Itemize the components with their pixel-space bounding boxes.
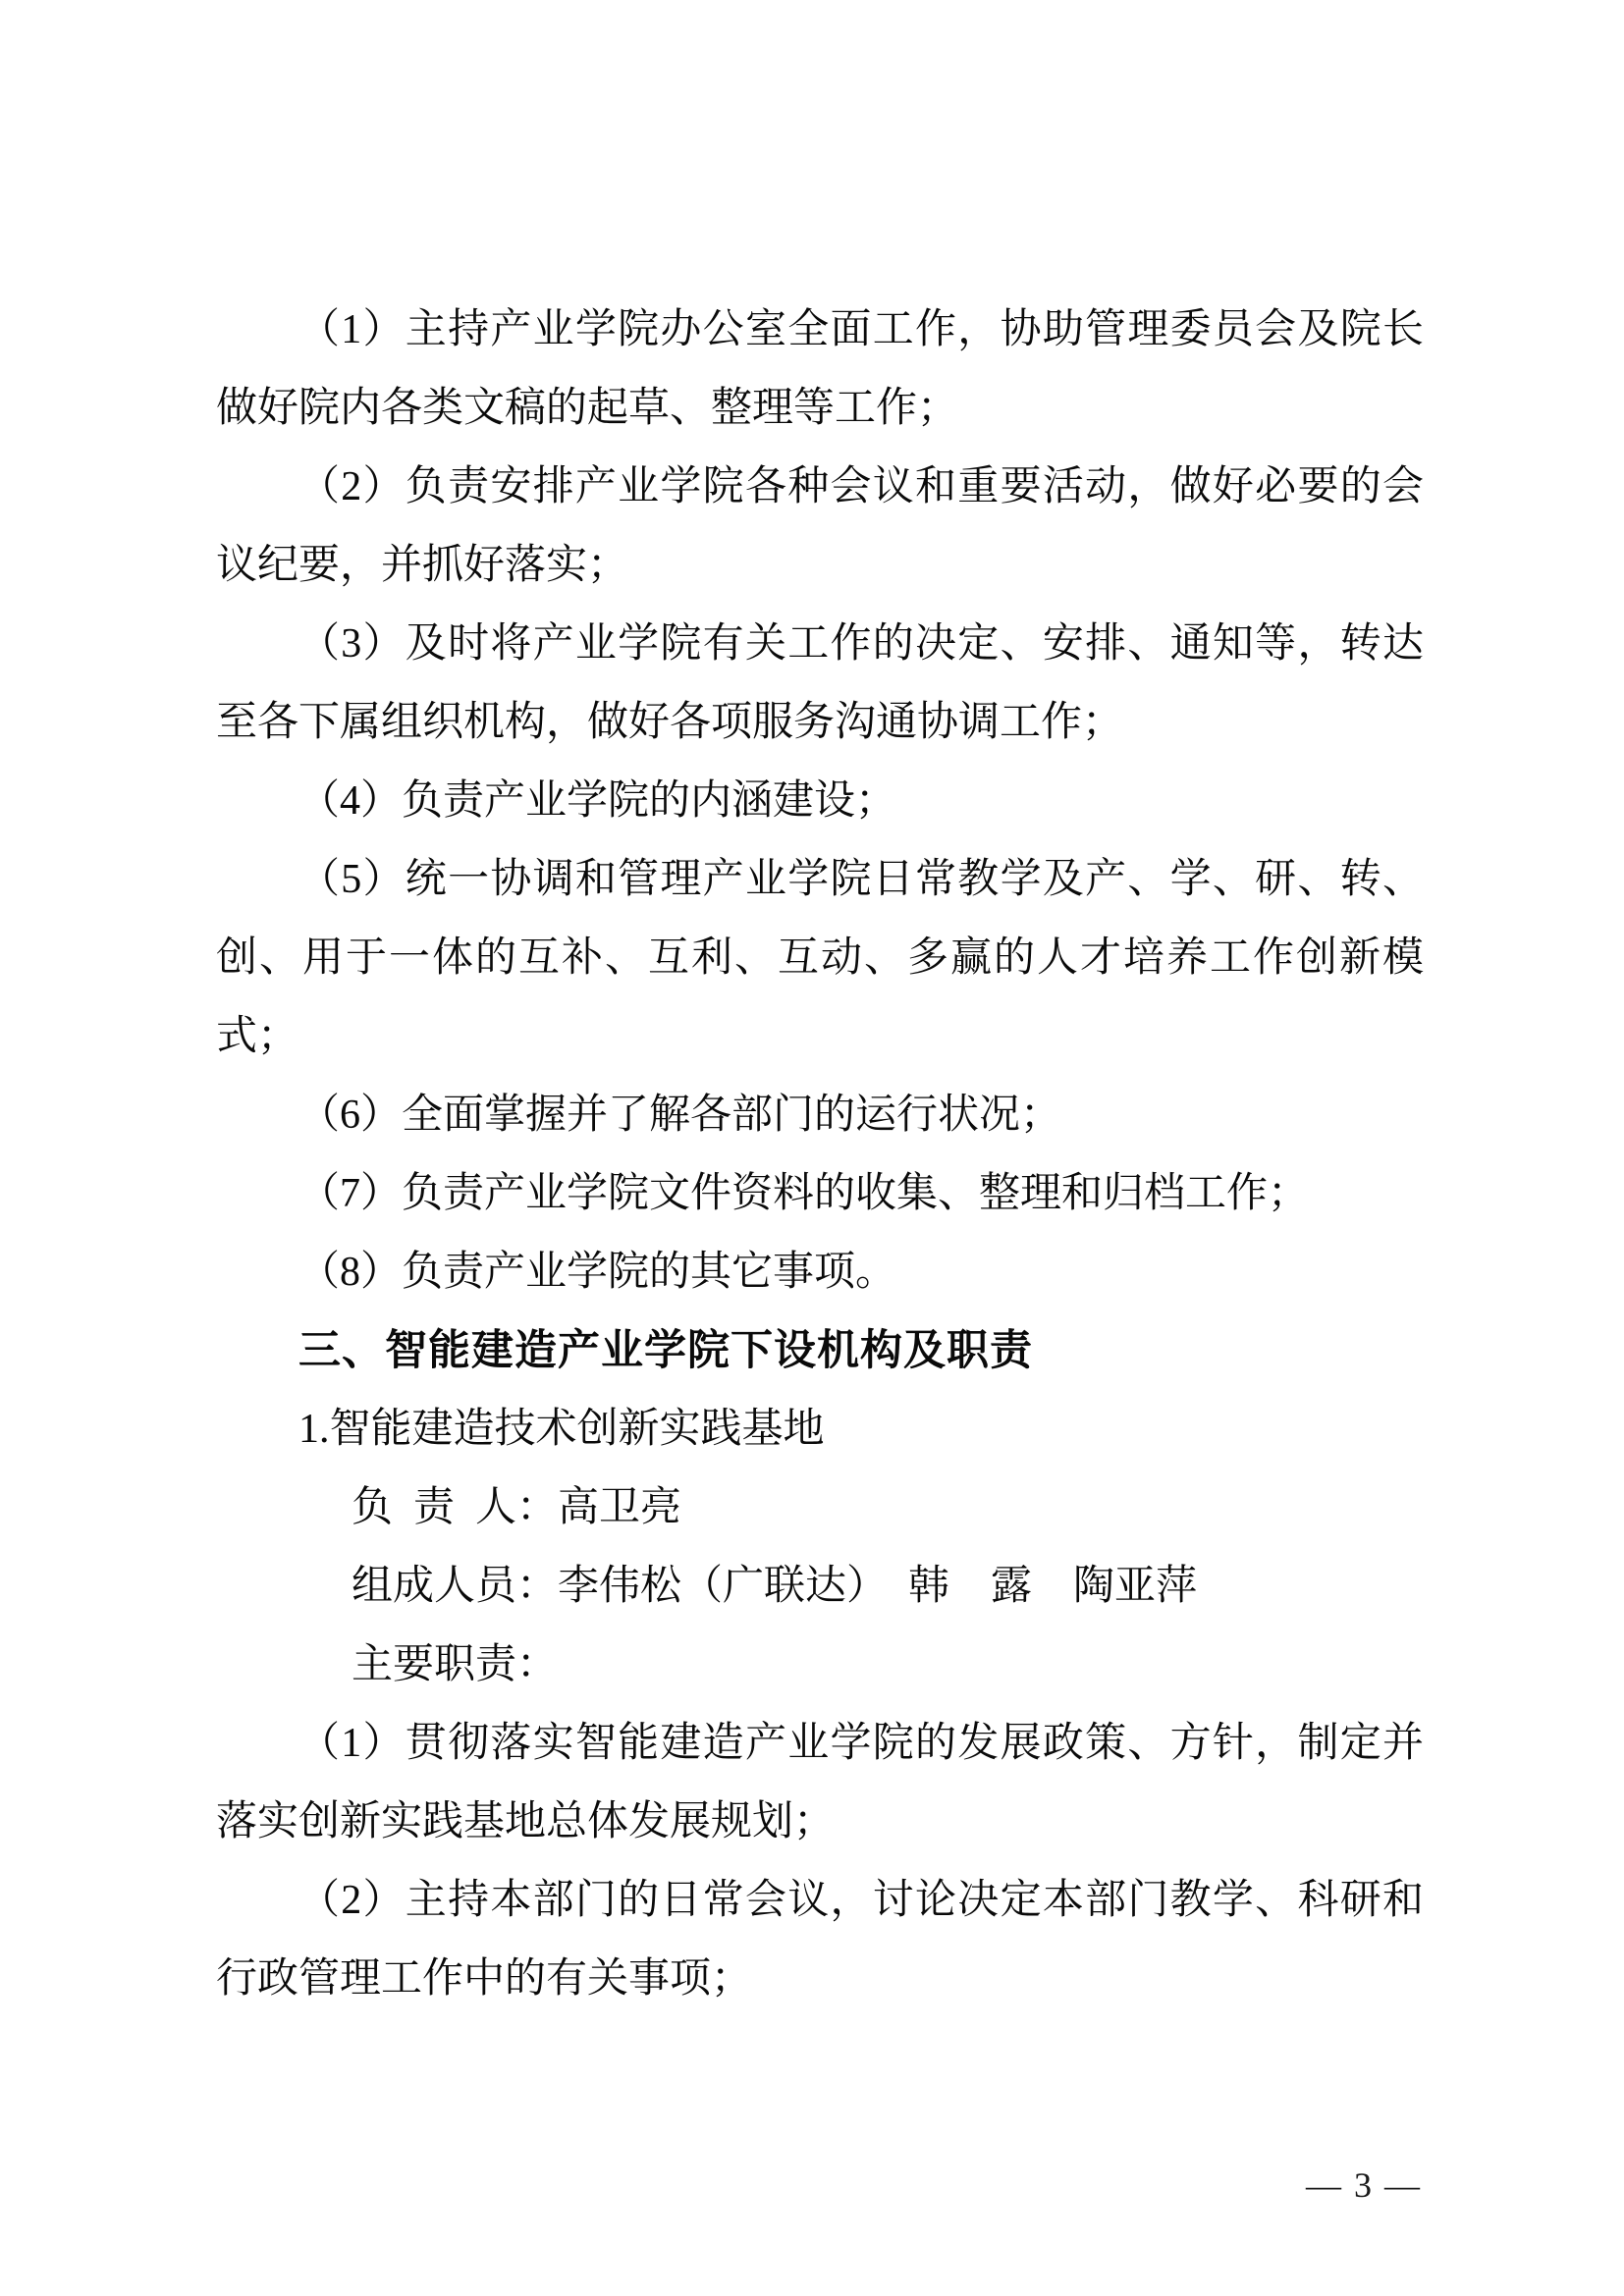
document-page: （1）主持产业学院办公室全面工作，协助管理委员会及院长做好院内各类文稿的起草、整…	[0, 0, 1624, 2296]
text-line: （5）统一协调和管理产业学院日常教学及产、学、研、转、	[216, 840, 1424, 919]
text-line: 落实创新实践基地总体发展规划；	[216, 1783, 1424, 1861]
text-line: 做好院内各类文稿的起草、整理等工作；	[216, 369, 1424, 448]
text-line: （2）主持本部门的日常会议，讨论决定本部门教学、科研和	[216, 1861, 1424, 1940]
text-line: （1）贯彻落实智能建造产业学院的发展政策、方针，制定并	[216, 1704, 1424, 1783]
text-line: （6）全面掌握并了解各部门的运行状况；	[216, 1076, 1424, 1154]
text-line: 组成人员：李伟松（广联达） 韩 露 陶亚萍	[216, 1547, 1424, 1626]
text-line: （1）主持产业学院办公室全面工作，协助管理委员会及院长	[216, 291, 1424, 369]
page-number: — 3 —	[1306, 2156, 1422, 2215]
text-line: 主要职责：	[216, 1626, 1424, 1704]
text-line: 行政管理工作中的有关事项；	[216, 1940, 1424, 2018]
text-line: （8）负责产业学院的其它事项。	[216, 1233, 1424, 1311]
text-line: 至各下属组织机构，做好各项服务沟通协调工作；	[216, 683, 1424, 762]
text-line: 创、用于一体的互补、互利、互动、多赢的人才培养工作创新模	[216, 919, 1424, 997]
text-line: （3）及时将产业学院有关工作的决定、安排、通知等，转达	[216, 605, 1424, 683]
text-line: （4）负责产业学院的内涵建设；	[216, 762, 1424, 840]
section-heading: 三、智能建造产业学院下设机构及职责	[216, 1311, 1424, 1390]
text-line: （7）负责产业学院文件资料的收集、整理和归档工作；	[216, 1154, 1424, 1233]
text-line: 1.智能建造技术创新实践基地	[216, 1390, 1424, 1468]
text-line: 负 责 人：高卫亮	[216, 1468, 1424, 1547]
text-line: 议纪要，并抓好落实；	[216, 526, 1424, 605]
text-line: （2）负责安排产业学院各种会议和重要活动，做好必要的会	[216, 448, 1424, 526]
text-line: 式；	[216, 997, 1424, 1076]
